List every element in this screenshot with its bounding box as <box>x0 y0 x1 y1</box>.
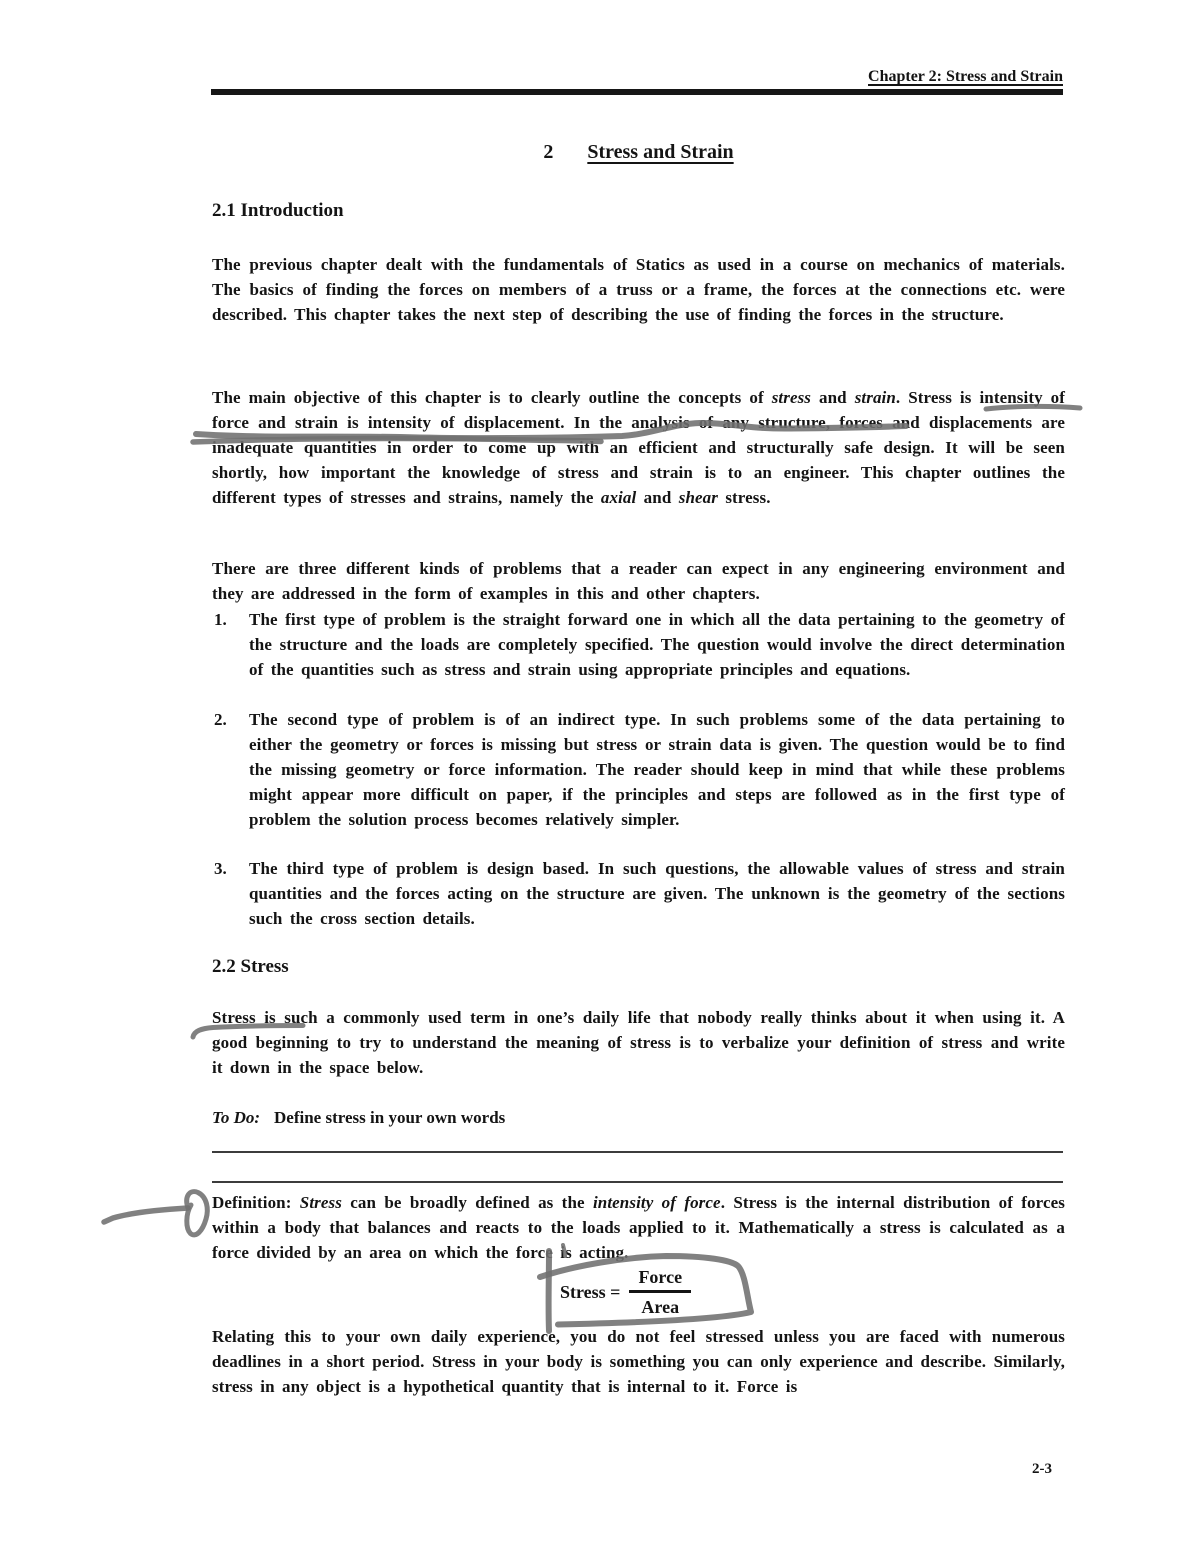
stress-formula: Stress = Force Area <box>560 1266 691 1318</box>
pencil-definition-arrow <box>104 1208 188 1222</box>
text-run: and <box>811 388 855 407</box>
paragraph-definition: Definition: Stress can be broadly define… <box>212 1190 1065 1265</box>
page-number: 2-3 <box>1032 1461 1052 1478</box>
formula-lhs: Stress = <box>560 1281 620 1303</box>
chapter-title-text: Stress and Strain <box>587 141 733 163</box>
paragraph-three-kinds: There are three different kinds of probl… <box>212 556 1065 606</box>
formula-fraction: Force Area <box>629 1266 691 1318</box>
list-text: The first type of problem is the straigh… <box>249 607 1065 682</box>
text-run: stress. <box>718 488 771 507</box>
list-number: 3. <box>214 856 227 881</box>
italic-term-intensity-of-force: intensity of force <box>593 1193 721 1212</box>
italic-term-axial: axial <box>601 488 636 507</box>
list-item-2: 2. The second type of problem is of an i… <box>212 707 1065 832</box>
italic-term-stress: Stress <box>300 1193 342 1212</box>
text-run: The main objective of this chapter is to… <box>212 388 772 407</box>
chapter-title: 2Stress and Strain <box>212 141 1065 164</box>
text-run: and <box>636 488 678 507</box>
todo-text: Define stress in your own words <box>274 1108 505 1127</box>
italic-term-shear: shear <box>679 488 718 507</box>
formula-numerator: Force <box>629 1266 691 1293</box>
answer-line-1 <box>212 1151 1063 1153</box>
definition-label: Definition: <box>212 1193 300 1212</box>
chapter-number: 2 <box>543 141 553 163</box>
paragraph-commonly-used: Stress is such a commonly used term in o… <box>212 1005 1065 1080</box>
header-rule <box>211 89 1063 95</box>
list-item-1: 1. The first type of problem is the stra… <box>212 607 1065 682</box>
list-text: The second type of problem is of an indi… <box>249 707 1065 832</box>
list-text: The third type of problem is design base… <box>249 856 1065 931</box>
paragraph-previous-chapter: The previous chapter dealt with the fund… <box>212 252 1065 327</box>
scanned-document-page: Chapter 2: Stress and Strain 2Stress and… <box>0 0 1200 1553</box>
paragraph-main-objective: The main objective of this chapter is to… <box>212 385 1065 510</box>
list-item-3: 3. The third type of problem is design b… <box>212 856 1065 931</box>
italic-term-strain: strain <box>855 388 896 407</box>
formula-denominator: Area <box>641 1293 679 1318</box>
todo-label: To Do: <box>212 1108 260 1127</box>
list-number: 1. <box>214 607 227 632</box>
section-heading-2-2: 2.2 Stress <box>212 956 289 978</box>
running-header: Chapter 2: Stress and Strain <box>212 68 1063 86</box>
text-run: can be broadly defined as the <box>342 1193 593 1212</box>
answer-line-2 <box>212 1181 1063 1183</box>
list-number: 2. <box>214 707 227 732</box>
paragraph-relating: Relating this to your own daily experien… <box>212 1324 1065 1399</box>
todo-line: To Do:Define stress in your own words <box>212 1108 505 1128</box>
section-heading-2-1: 2.1 Introduction <box>212 200 344 222</box>
pencil-definition-arrowhead <box>187 1192 208 1235</box>
italic-term-stress: stress <box>772 388 811 407</box>
